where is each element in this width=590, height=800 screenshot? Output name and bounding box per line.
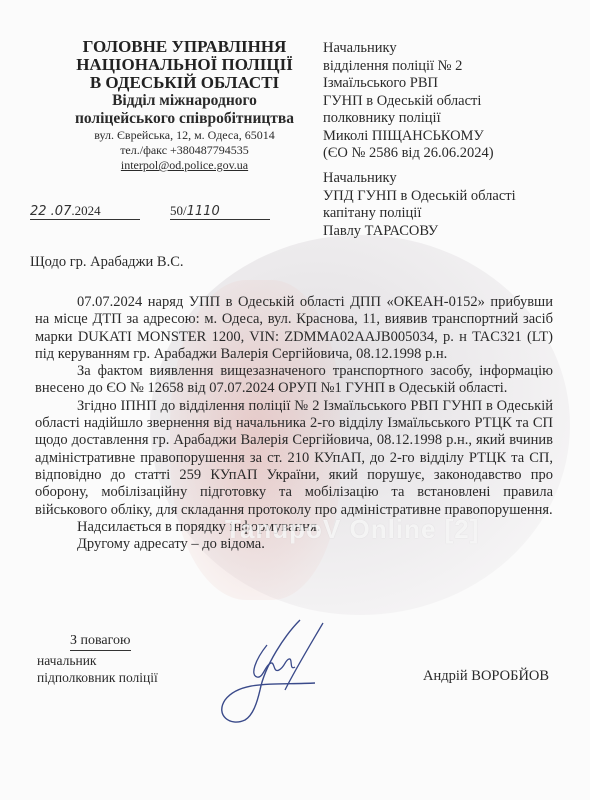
closing-greeting: З повагою [70, 633, 131, 651]
addressee-1-line: ГУНП в Одеській області [323, 93, 573, 111]
body-paragraph: 07.07.2024 наряд УПП в Одеській області … [35, 294, 553, 363]
addressee-2-line: УПД ГУНП в Одеській області [323, 188, 573, 206]
addressee-1-line: Миколі ПІЩАНСЬКОМУ [323, 128, 573, 146]
body-paragraph: Згідно ІПНП до відділення поліції № 2 Із… [35, 398, 553, 519]
addressee-1-line: полковнику поліції [323, 110, 573, 128]
org-name-line-3: В ОДЕСЬКІЙ ОБЛАСТІ [62, 74, 307, 92]
body-paragraph: За фактом виявлення вищезазначеного тран… [35, 363, 553, 398]
addressee-2-line: капітану поліції [323, 205, 573, 223]
handwritten-signature-icon [205, 615, 335, 725]
signer-position: начальник підполковник поліції [37, 652, 158, 686]
addressee-2-line: Начальнику [323, 170, 573, 188]
addressee-1-line: Начальнику [323, 40, 573, 58]
addressee-2-line: Павлу ТАРАСОВУ [323, 223, 573, 241]
addressee-1: Начальнику відділення поліції № 2 Ізмаїл… [323, 40, 573, 163]
org-phone: тел./факс +380487794535 [62, 143, 307, 158]
dept-name-line-1: Відділ міжнародного [62, 92, 307, 110]
addressee-1-line: відділення поліції № 2 [323, 58, 573, 76]
body-paragraph: Другому адресату – до відома. [35, 536, 553, 553]
number-printed: 50/ [170, 203, 187, 218]
org-address: вул. Єврейська, 12, м. Одеса, 65014 [62, 128, 307, 143]
body-paragraph: Надсилається в порядку інформування. [35, 519, 553, 536]
date-handwritten: 22 .07 [30, 204, 71, 219]
dept-name-line-2: поліцейського співробітництва [62, 110, 307, 128]
registration-number: 50/1110 [170, 203, 270, 220]
number-handwritten: 1110 [187, 204, 220, 219]
letter-body: 07.07.2024 наряд УПП в Одеській області … [35, 294, 553, 553]
addressee-1-line: (ЄО № 2586 від 26.06.2024) [323, 145, 573, 163]
signer-position-line: начальник [37, 652, 158, 669]
registration-date: 22 .07.2024 [30, 203, 140, 220]
document-page: ГОЛОВНЕ УПРАВЛІННЯ НАЦІОНАЛЬНОЇ ПОЛІЦІЇ … [0, 0, 590, 800]
letterhead: ГОЛОВНЕ УПРАВЛІННЯ НАЦІОНАЛЬНОЇ ПОЛІЦІЇ … [62, 38, 307, 173]
letter-subject: Щодо гр. Арабаджи В.С. [30, 254, 184, 271]
signer-name: Андрій ВОРОБЙОВ [423, 668, 549, 685]
org-email-link[interactable]: interpol@od.police.gov.ua [62, 158, 307, 173]
org-name-line-1: ГОЛОВНЕ УПРАВЛІННЯ [62, 38, 307, 56]
addressee-1-line: Ізмаїльського РВП [323, 75, 573, 93]
addressee-2: Начальнику УПД ГУНП в Одеській області к… [323, 170, 573, 240]
date-printed: .2024 [71, 203, 100, 218]
signer-position-line: підполковник поліції [37, 669, 158, 686]
org-name-line-2: НАЦІОНАЛЬНОЇ ПОЛІЦІЇ [62, 56, 307, 74]
